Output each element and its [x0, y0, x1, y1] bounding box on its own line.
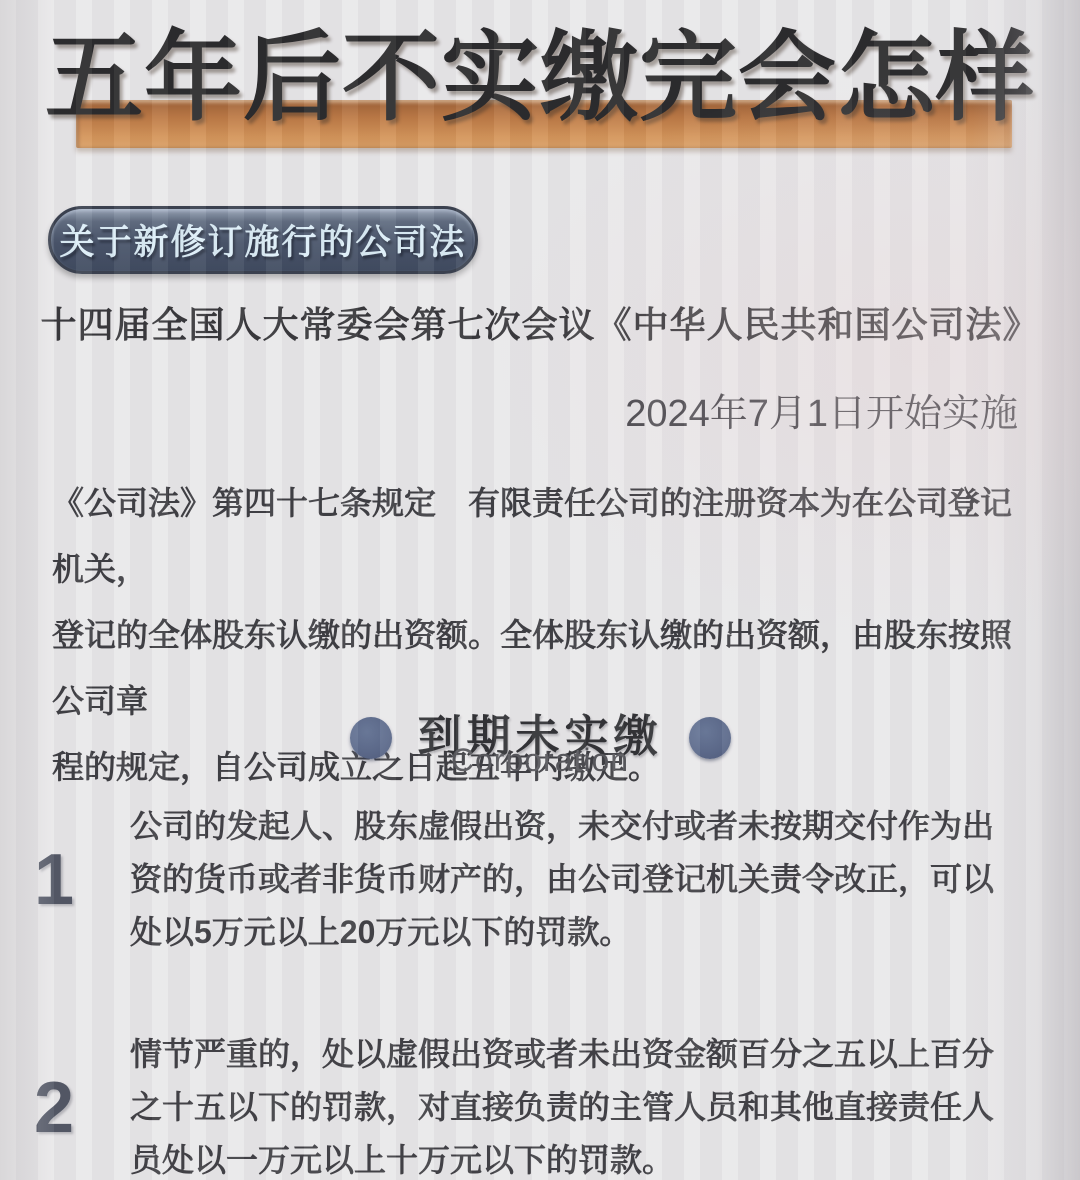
- law-badge: 关于新修订施行的公司法: [48, 206, 478, 274]
- list-item: 2 情节严重的，处以虚假出资或者未出资金额百分之五以上百分 之十五以下的罚款，对…: [0, 1028, 1080, 1180]
- item-text: 情节严重的，处以虚假出资或者未出资金额百分之五以上百分 之十五以下的罚款，对直接…: [130, 1028, 1030, 1180]
- list-item: 1 公司的发起人、股东虚假出资，未交付或者未按期交付作为出 资的货币或者非货币财…: [0, 800, 1080, 959]
- law-badge-label: 关于新修订施行的公司法: [59, 215, 466, 265]
- item-number: 1: [0, 839, 108, 921]
- subtitle: 十四届全国人大常委会第七次会议《中华人民共和国公司法》: [0, 297, 1080, 348]
- effective-date: 2024年7月1日开始实施: [625, 382, 1018, 437]
- item-text: 公司的发起人、股东虚假出资，未交付或者未按期交付作为出 资的货币或者非货币财产的…: [130, 800, 1030, 959]
- page-title: 五年后不实缴完会怎样: [0, 26, 1080, 129]
- poster: 五年后不实缴完会怎样 关于新修订施行的公司法 十四届全国人大常委会第七次会议《中…: [0, 0, 1080, 1180]
- section-subheading: Corporation: [0, 742, 1080, 779]
- item-number: 2: [0, 1067, 108, 1149]
